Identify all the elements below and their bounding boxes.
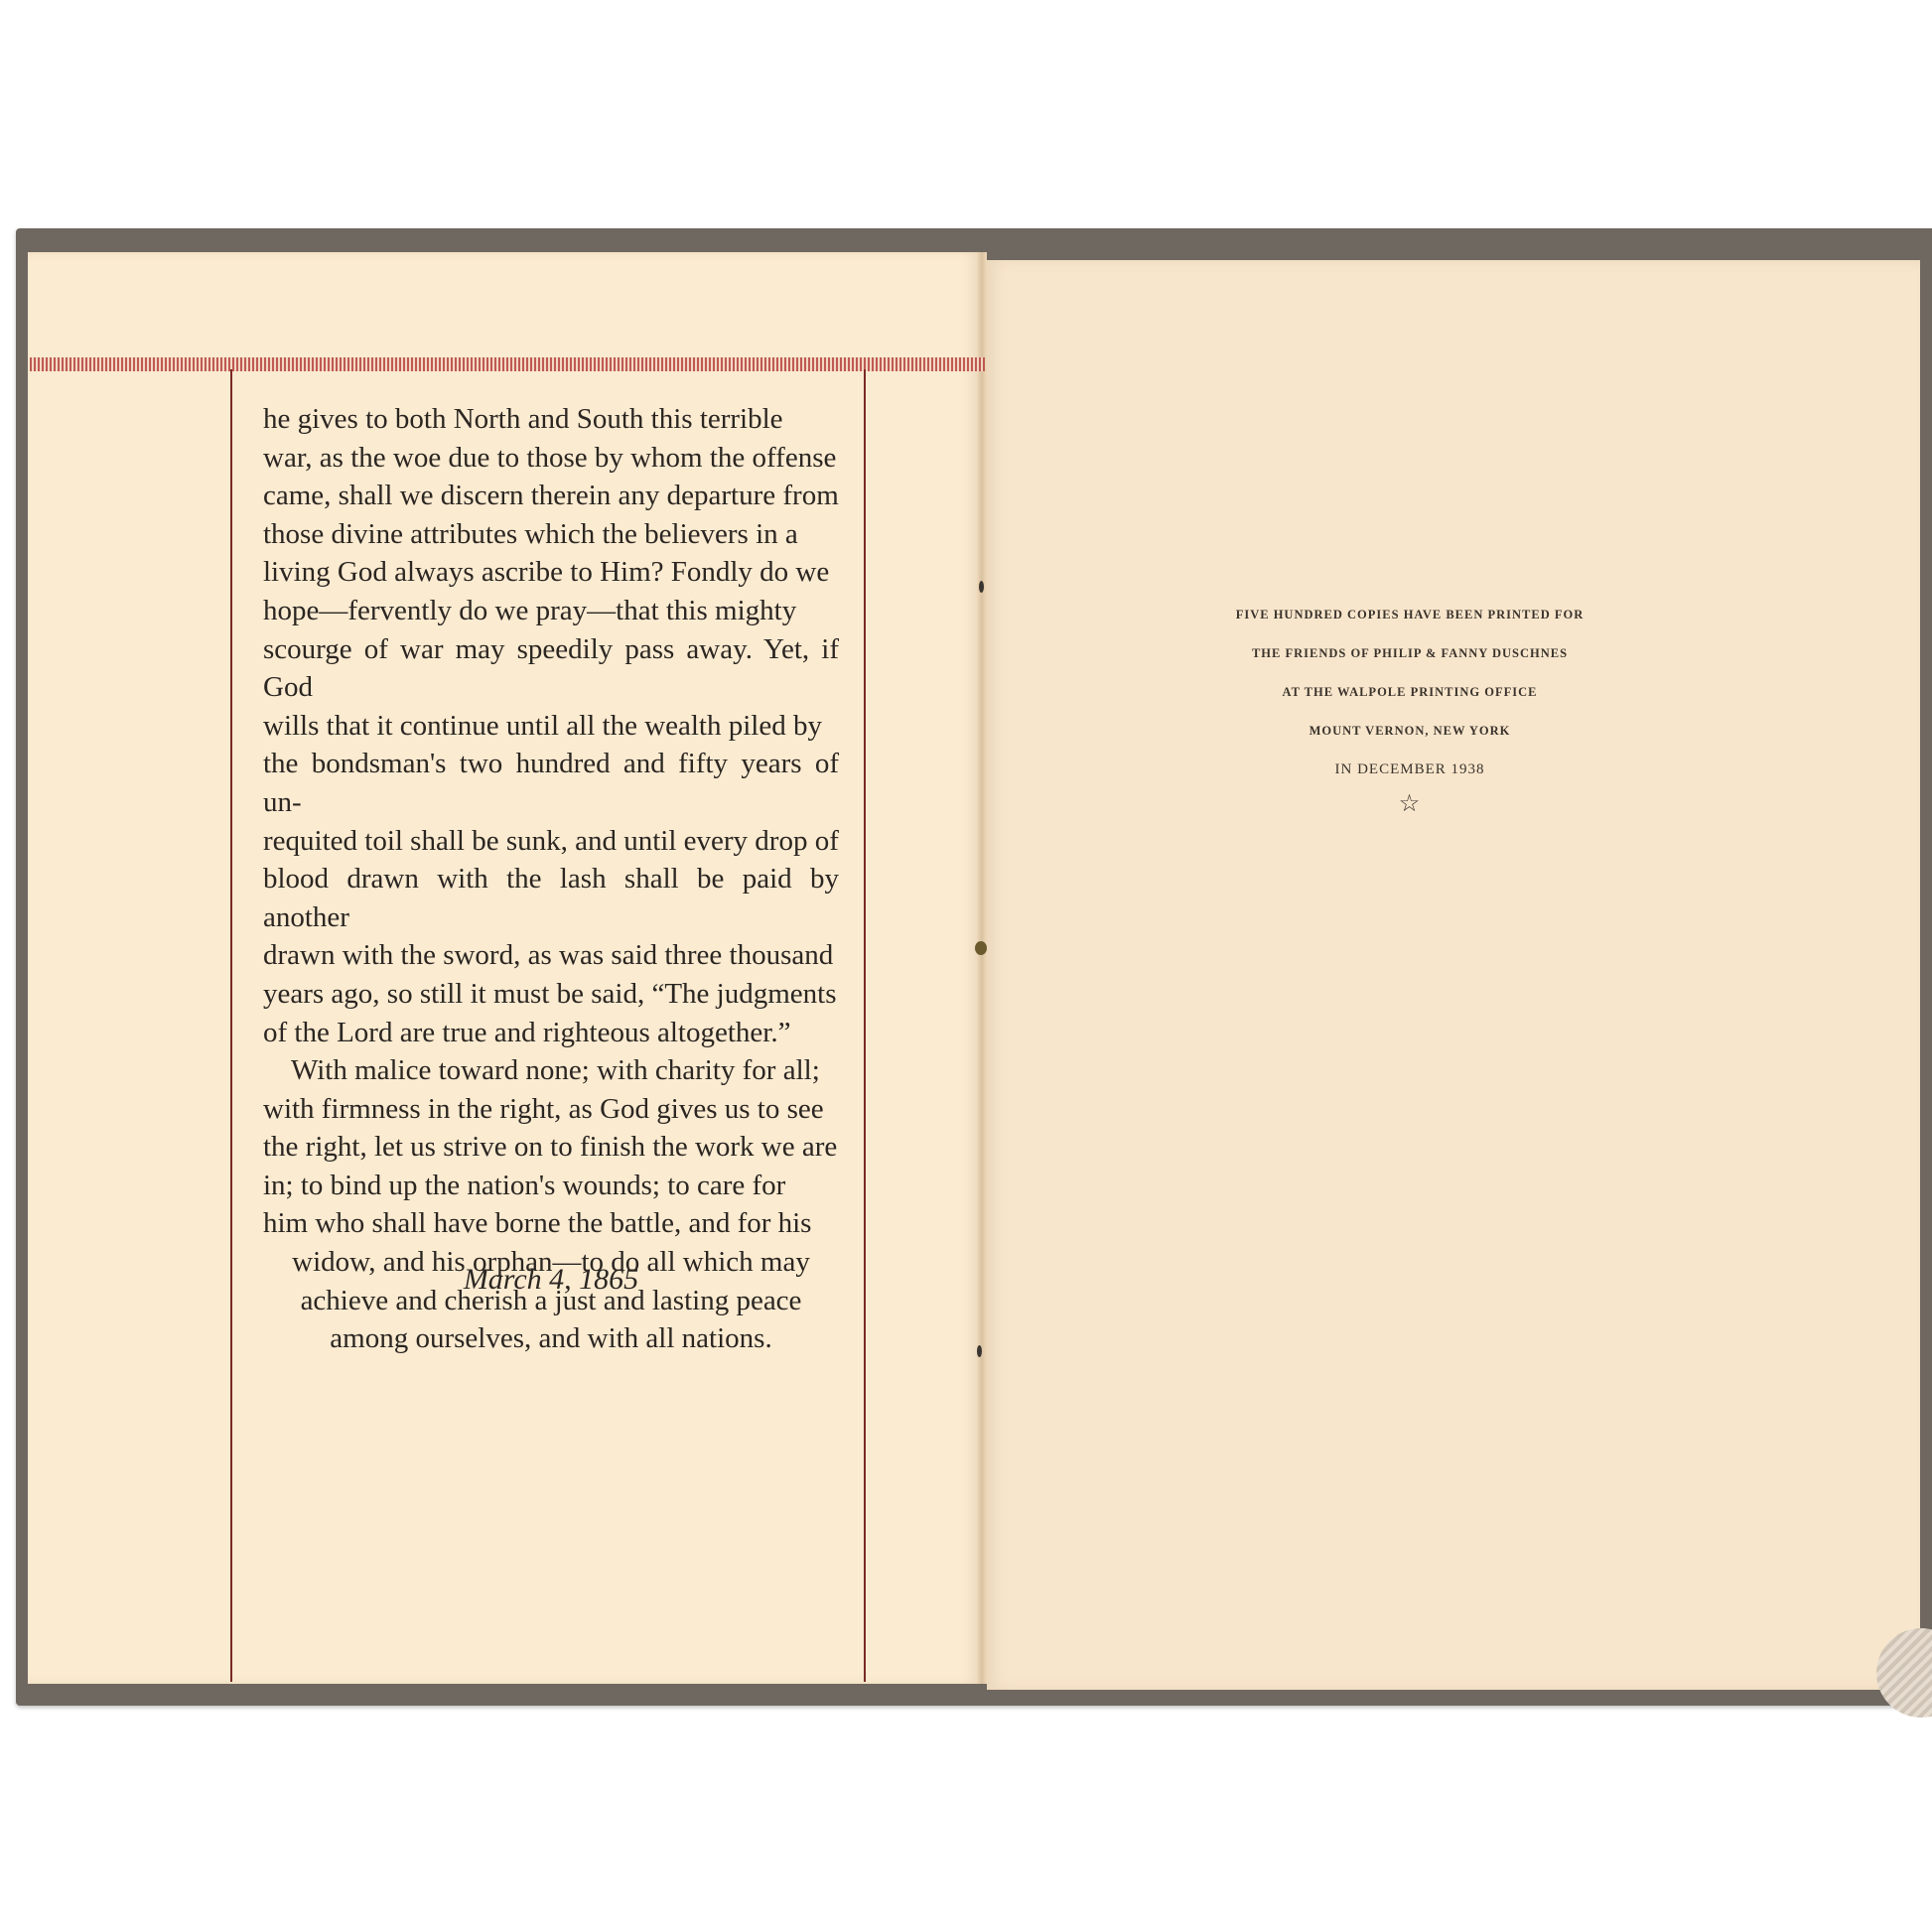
colophon-line: FIVE HUNDRED COPIES HAVE BEEN PRINTED FO… [1172, 606, 1648, 644]
text-line: requited toil shall be sunk, and until e… [263, 822, 839, 861]
text-line: came, shall we discern therein any depar… [263, 477, 839, 515]
text-line: him who shall have borne the battle, and… [263, 1204, 839, 1243]
colophon-line: THE FRIENDS OF PHILIP & FANNY DUSCHNES [1172, 644, 1648, 683]
right-page [987, 260, 1920, 1690]
address-date: March 4, 1865 [263, 1263, 839, 1297]
book-gutter [977, 252, 987, 1684]
text-line: he gives to both North and South this te… [263, 400, 839, 439]
colophon-line: AT THE WALPOLE PRINTING OFFICE [1172, 683, 1648, 722]
colophon-line: MOUNT VERNON, NEW YORK [1172, 722, 1648, 760]
text-line: drawn with the sword, as was said three … [263, 936, 839, 975]
text-line: with firmness in the right, as God gives… [263, 1090, 839, 1129]
text-line: of the Lord are true and righteous altog… [263, 1014, 839, 1052]
text-line: wills that it continue until all the wea… [263, 707, 839, 746]
text-line: among ourselves, and with all nations. [263, 1319, 839, 1358]
text-line: living God always ascribe to Him? Fondly… [263, 553, 839, 592]
inaugural-address-text: he gives to both North and South this te… [263, 400, 839, 1358]
text-line: scourge of war may speedily pass away. Y… [263, 630, 839, 707]
binding-staple [975, 941, 987, 955]
text-line: war, as the woe due to those by whom the… [263, 439, 839, 478]
text-line: blood drawn with the lash shall be paid … [263, 860, 839, 936]
text-line: years ago, so still it must be said, “Th… [263, 975, 839, 1014]
text-line: in; to bind up the nation's wounds; to c… [263, 1167, 839, 1205]
colophon: FIVE HUNDRED COPIES HAVE BEEN PRINTED FO… [1172, 606, 1648, 818]
left-column-rule [230, 369, 232, 1682]
right-column-rule [864, 369, 866, 1682]
text-line: hope—fervently do we pray—that this migh… [263, 592, 839, 630]
text-line: the bondsman's two hundred and fifty yea… [263, 745, 839, 821]
star-ornament-icon: ☆ [1172, 789, 1648, 818]
text-line: those divine attributes which the believ… [263, 515, 839, 554]
binding-staple [977, 1345, 982, 1357]
text-line: With malice toward none; with charity fo… [263, 1051, 839, 1090]
text-line: the right, let us strive on to finish th… [263, 1128, 839, 1167]
binding-staple [979, 581, 984, 593]
red-decorative-rule [30, 357, 985, 371]
